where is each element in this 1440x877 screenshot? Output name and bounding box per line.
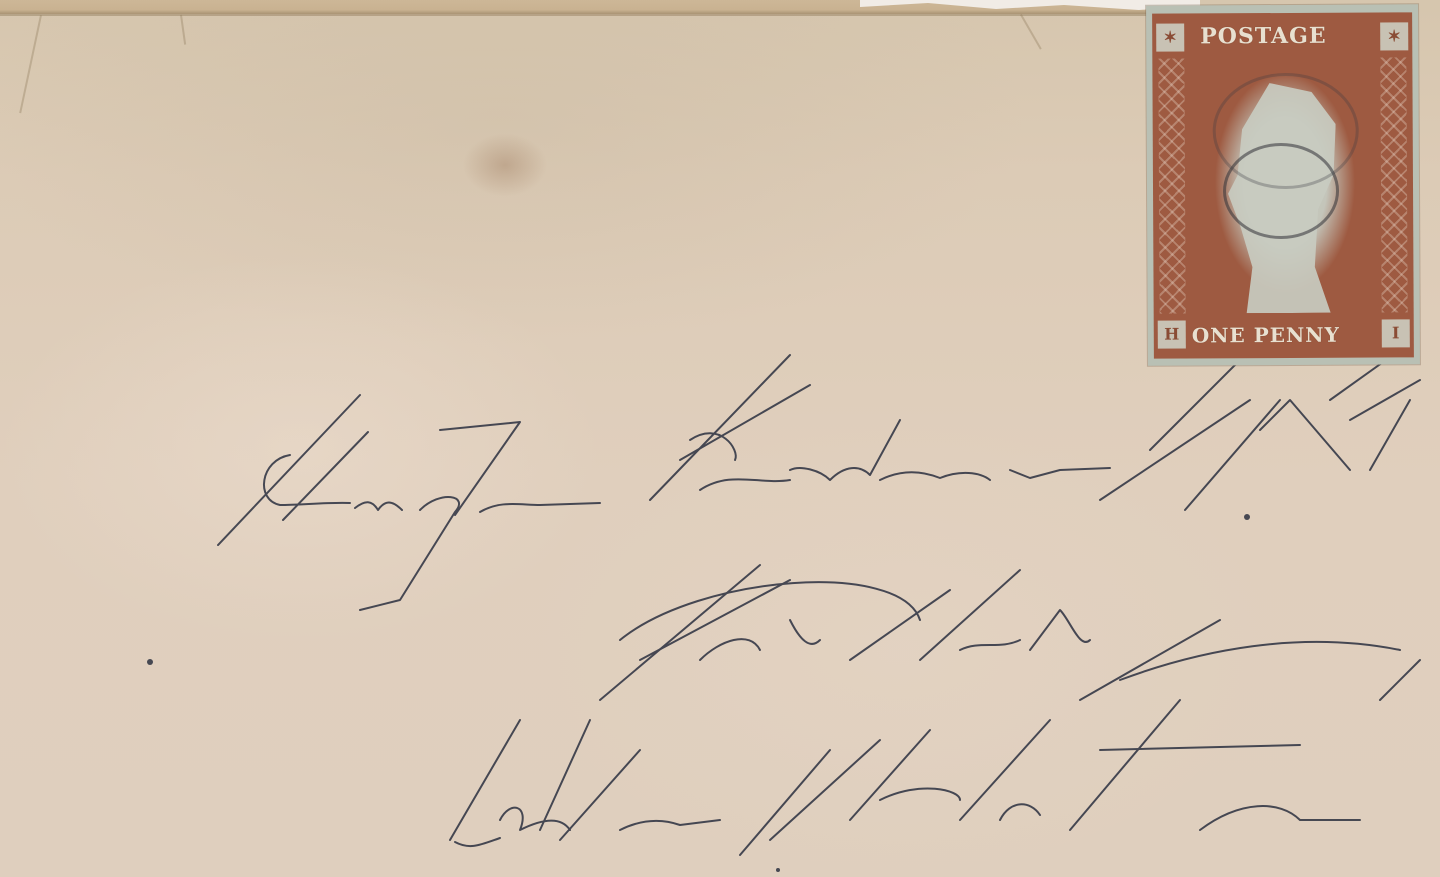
stamp-border-pattern — [1158, 59, 1185, 314]
stamp-postage-label: POSTAGE — [1200, 23, 1327, 50]
star-icon: ✶ — [1156, 24, 1184, 52]
stamp-corner-letter-right: I — [1382, 319, 1410, 347]
stamp-field: ✶ ✶ POSTAGE H ONE PENNY I — [1152, 12, 1414, 358]
envelope: ✶ ✶ POSTAGE H ONE PENNY I — [0, 0, 1440, 877]
postage-stamp: ✶ ✶ POSTAGE H ONE PENNY I — [1146, 4, 1420, 365]
stamp-value-label: ONE PENNY — [1192, 323, 1340, 348]
postmark-cancel — [1212, 73, 1359, 190]
star-icon: ✶ — [1380, 22, 1408, 50]
stamp-border-pattern — [1380, 57, 1407, 312]
stamp-corner-letter-left: H — [1158, 321, 1186, 349]
